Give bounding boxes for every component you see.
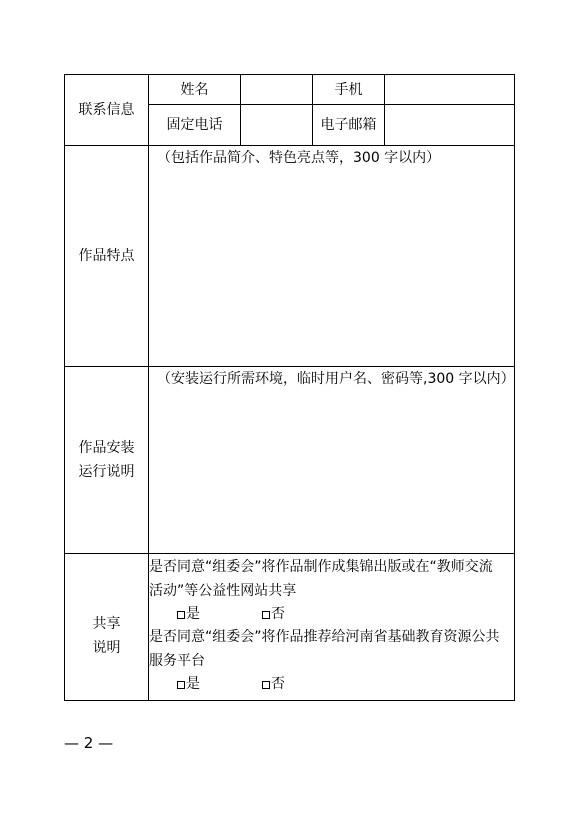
share-q2-line1: 是否同意“组委会”将作品推荐给河南省基础教育资源公共 [149, 625, 514, 649]
share-q1-line1: 是否同意“组委会”将作品制作成集锦出版或在“教师交流 [149, 555, 514, 579]
install-label-line2: 运行说明 [65, 460, 148, 484]
share-content: 是否同意“组委会”将作品制作成集锦出版或在“教师交流 活动”等公益性网站共享 是… [149, 554, 515, 701]
share-label: 共享 说明 [65, 554, 149, 701]
share-q1-yes-label: 是 [186, 603, 200, 625]
share-q2-no-option[interactable]: 否 [262, 673, 285, 695]
checkbox-icon[interactable] [177, 611, 185, 619]
page-number: — 2 — [64, 734, 113, 752]
mobile-label: 手机 [313, 75, 385, 105]
landline-field[interactable] [241, 105, 313, 146]
share-q2-line2: 服务平台 [149, 649, 514, 673]
share-q2-yes-label: 是 [186, 673, 200, 695]
share-q1-options: 是 否 [149, 603, 514, 625]
features-label: 作品特点 [65, 146, 149, 367]
features-hint: （包括作品简介、特色亮点等，300 字以内） [157, 150, 440, 166]
name-field[interactable] [241, 75, 313, 105]
application-form-table: 联系信息 姓名 手机 固定电话 电子邮箱 作品特点 （包括作品简介、特色亮点等，… [64, 74, 515, 701]
share-q1-no-option[interactable]: 否 [262, 603, 285, 625]
share-label-line1: 共享 [65, 612, 148, 636]
install-row: 作品安装 运行说明 （安装运行所需环境，临时用户名、密码等,300 字以内） [65, 367, 515, 554]
share-row: 共享 说明 是否同意“组委会”将作品制作成集锦出版或在“教师交流 活动”等公益性… [65, 554, 515, 701]
install-label-line1: 作品安装 [65, 436, 148, 460]
email-field[interactable] [385, 105, 515, 146]
share-q1-line2: 活动”等公益性网站共享 [149, 579, 514, 603]
install-label: 作品安装 运行说明 [65, 367, 149, 554]
checkbox-icon[interactable] [177, 681, 185, 689]
name-label: 姓名 [149, 75, 241, 105]
share-q1-no-label: 否 [271, 603, 285, 625]
email-label: 电子邮箱 [313, 105, 385, 146]
checkbox-icon[interactable] [262, 611, 270, 619]
share-q2-no-label: 否 [271, 673, 285, 695]
landline-label: 固定电话 [149, 105, 241, 146]
contact-row-1: 联系信息 姓名 手机 [65, 75, 515, 105]
share-q1-yes-option[interactable]: 是 [177, 603, 200, 625]
install-hint: （安装运行所需环境，临时用户名、密码等,300 字以内） [157, 371, 515, 387]
features-row: 作品特点 （包括作品简介、特色亮点等，300 字以内） [65, 146, 515, 367]
features-field[interactable]: （包括作品简介、特色亮点等，300 字以内） [149, 146, 515, 367]
share-label-line2: 说明 [65, 636, 148, 660]
share-q2-yes-option[interactable]: 是 [177, 673, 200, 695]
mobile-field[interactable] [385, 75, 515, 105]
contact-info-label: 联系信息 [65, 75, 149, 146]
share-q2-options: 是 否 [149, 673, 514, 695]
checkbox-icon[interactable] [262, 681, 270, 689]
install-field[interactable]: （安装运行所需环境，临时用户名、密码等,300 字以内） [149, 367, 515, 554]
